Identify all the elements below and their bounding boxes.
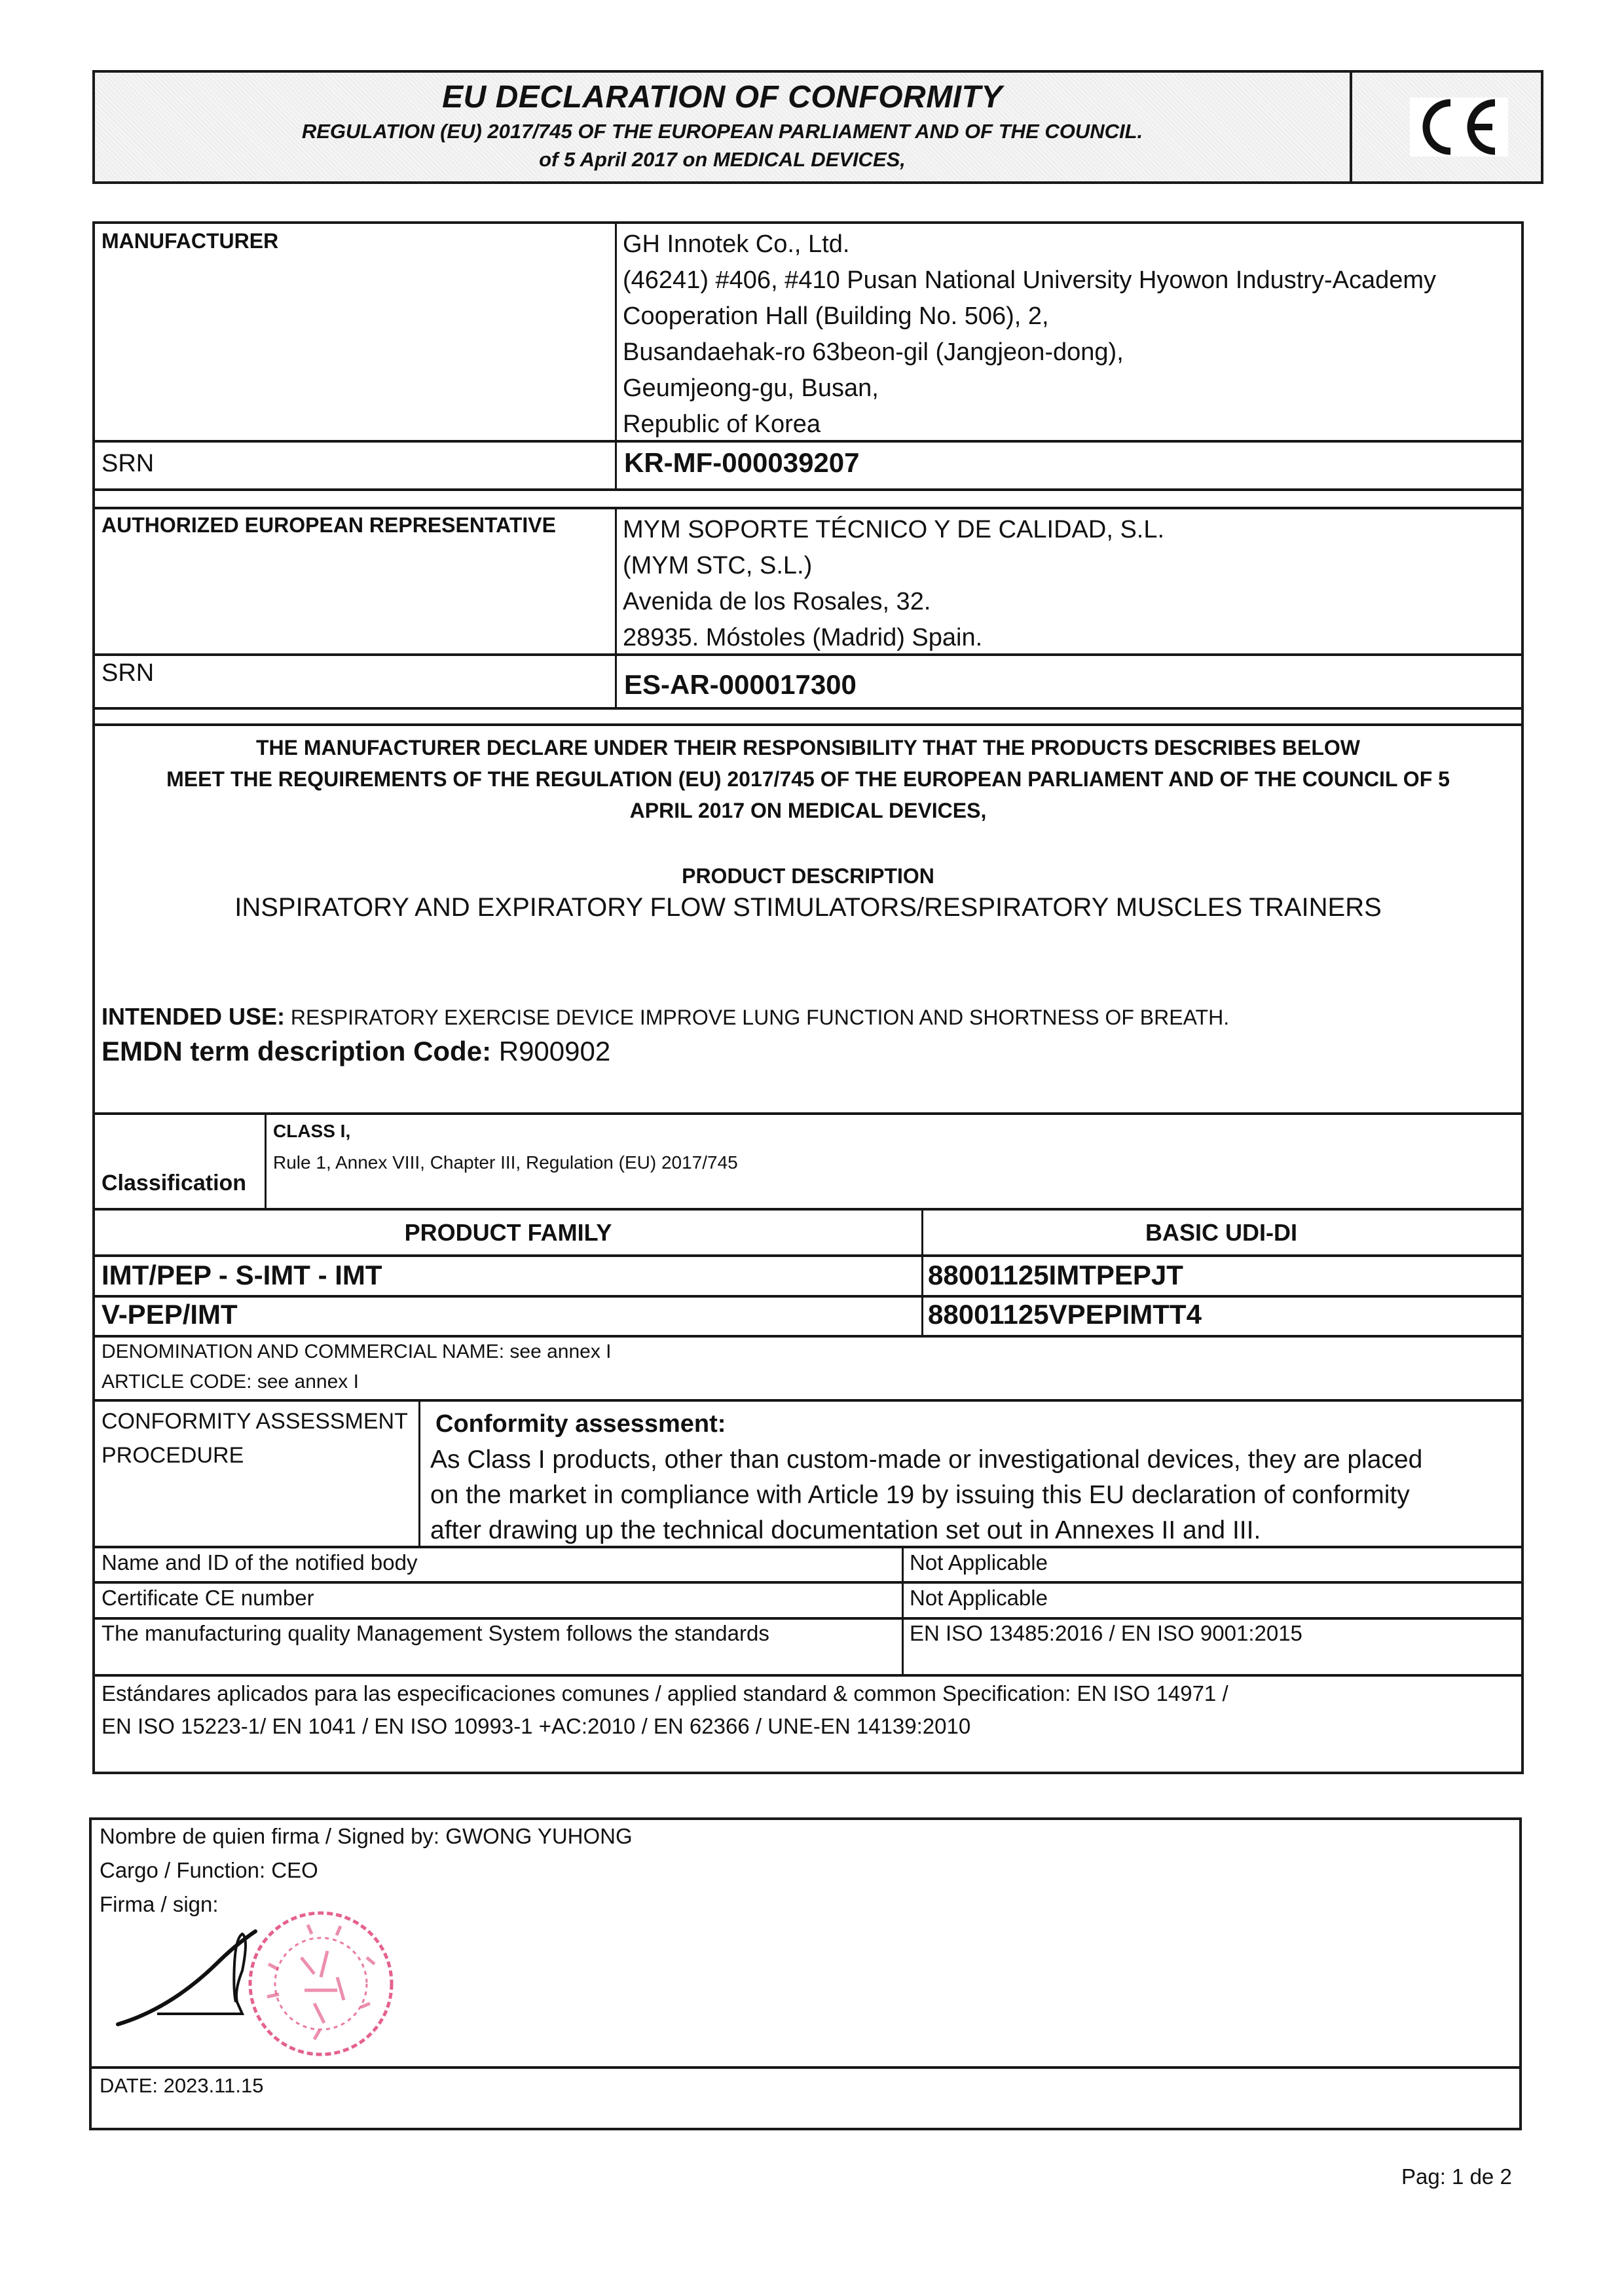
product-description-label: PRODUCT DESCRIPTION [95,864,1521,888]
conformity-title: Conformity assessment: [435,1410,726,1438]
conformity-label: PROCEDURE [101,1443,244,1468]
address-line: Republic of Korea [623,407,1436,443]
notified-body-label: Name and ID of the notified body [101,1550,417,1575]
document-title: EU DECLARATION OF CONFORMITY [95,79,1350,115]
address-line: (46241) #406, #410 Pusan National Univer… [623,263,1436,299]
manufacturer-label: MANUFACTURER [101,229,278,253]
intended-use: INTENDED USE: RESPIRATORY EXERCISE DEVIC… [101,1003,1229,1030]
signature-date: DATE: 2023.11.15 [100,2074,263,2098]
qms-label: The manufacturing quality Management Sys… [101,1621,769,1646]
ce-mark-cell [1350,73,1541,181]
manufacturer-srn-value: KR-MF-000039207 [624,447,860,479]
product-family-header: PRODUCT FAMILY [95,1219,921,1247]
page-number: Pag: 1 de 2 [1401,2164,1512,2189]
address-line: Cooperation Hall (Building No. 506), 2, [623,299,1436,335]
manufacturer-address: GH Innotek Co., Ltd. (46241) #406, #410 … [623,227,1436,443]
address-line: MYM SOPORTE TÉCNICO Y DE CALIDAD, S.L. [623,512,1164,548]
standards-line: Estándares aplicados para las especifica… [101,1681,1228,1706]
conformity-text-line: after drawing up the technical documenta… [430,1516,1261,1545]
sign-label: Firma / sign: [100,1892,219,1917]
declaration-line: MEET THE REQUIREMENTS OF THE REGULATION … [95,767,1521,792]
signature-icon [111,1925,308,2043]
conformity-label: CONFORMITY ASSESSMENT [101,1409,408,1434]
declaration-table: MANUFACTURER GH Innotek Co., Ltd. (46241… [92,221,1524,1774]
notified-body-value: Not Applicable [910,1550,1048,1575]
udi-header: BASIC UDI-DI [921,1219,1521,1247]
address-line: Geumjeong-gu, Busan, [623,371,1436,407]
article-code: ARTICLE CODE: see annex I [101,1371,359,1393]
manufacturer-srn-label: SRN [101,450,154,478]
representative-srn-label: SRN [101,659,154,687]
product-description: INSPIRATORY AND EXPIRATORY FLOW STIMULAT… [95,893,1521,922]
classification-class: CLASS I, [273,1121,350,1142]
ce-mark-icon [1410,98,1508,156]
representative-address: MYM SOPORTE TÉCNICO Y DE CALIDAD, S.L. (… [623,512,1164,656]
udi-cell: 88001125IMTPEPJT [928,1260,1183,1291]
product-family-cell: V-PEP/IMT [101,1299,238,1330]
emdn-code: EMDN term description Code: R900902 [101,1036,610,1067]
signed-by: Nombre de quien firma / Signed by: GWONG… [100,1824,633,1849]
declaration-line: APRIL 2017 ON MEDICAL DEVICES, [95,799,1521,823]
certificate-label: Certificate CE number [101,1586,314,1611]
commercial-name: DENOMINATION AND COMMERCIAL NAME: see an… [101,1341,612,1363]
declaration-line: THE MANUFACTURER DECLARE UNDER THEIR RES… [95,736,1521,760]
representative-srn-value: ES-AR-000017300 [624,669,857,701]
standards-line: EN ISO 15223-1/ EN 1041 / EN ISO 10993-1… [101,1714,970,1739]
qms-value: EN ISO 13485:2016 / EN ISO 9001:2015 [910,1621,1302,1646]
declaration-header: EU DECLARATION OF CONFORMITY REGULATION … [92,70,1543,184]
address-line: GH Innotek Co., Ltd. [623,227,1436,263]
conformity-text-line: on the market in compliance with Article… [430,1481,1410,1510]
classification-label: Classification [101,1171,246,1196]
classification-rule: Rule 1, Annex VIII, Chapter III, Regulat… [273,1152,738,1173]
intended-use-label: INTENDED USE: [101,1003,285,1030]
emdn-value: R900902 [499,1036,610,1066]
address-line: (MYM STC, S.L.) [623,548,1164,584]
conformity-text-line: As Class I products, other than custom-m… [430,1446,1422,1474]
product-family-cell: IMT/PEP - S-IMT - IMT [101,1260,382,1291]
address-line: Avenida de los Rosales, 32. [623,584,1164,620]
udi-cell: 88001125VPEPIMTT4 [928,1299,1202,1330]
intended-use-value: RESPIRATORY EXERCISE DEVICE IMPROVE LUNG… [291,1006,1229,1029]
signer-function: Cargo / Function: CEO [100,1858,318,1883]
regulation-subtitle: REGULATION (EU) 2017/745 OF THE EUROPEAN… [95,120,1350,143]
address-line: 28935. Móstoles (Madrid) Spain. [623,620,1164,656]
regulation-date-subtitle: of 5 April 2017 on MEDICAL DEVICES, [95,148,1350,172]
certificate-value: Not Applicable [910,1586,1048,1611]
address-line: Busandaehak-ro 63beon-gil (Jangjeon-dong… [623,335,1436,371]
emdn-label: EMDN term description Code: [101,1036,491,1066]
representative-label: AUTHORIZED EUROPEAN REPRESENTATIVE [101,513,556,538]
signature-box: Nombre de quien firma / Signed by: GWONG… [89,1817,1522,2130]
